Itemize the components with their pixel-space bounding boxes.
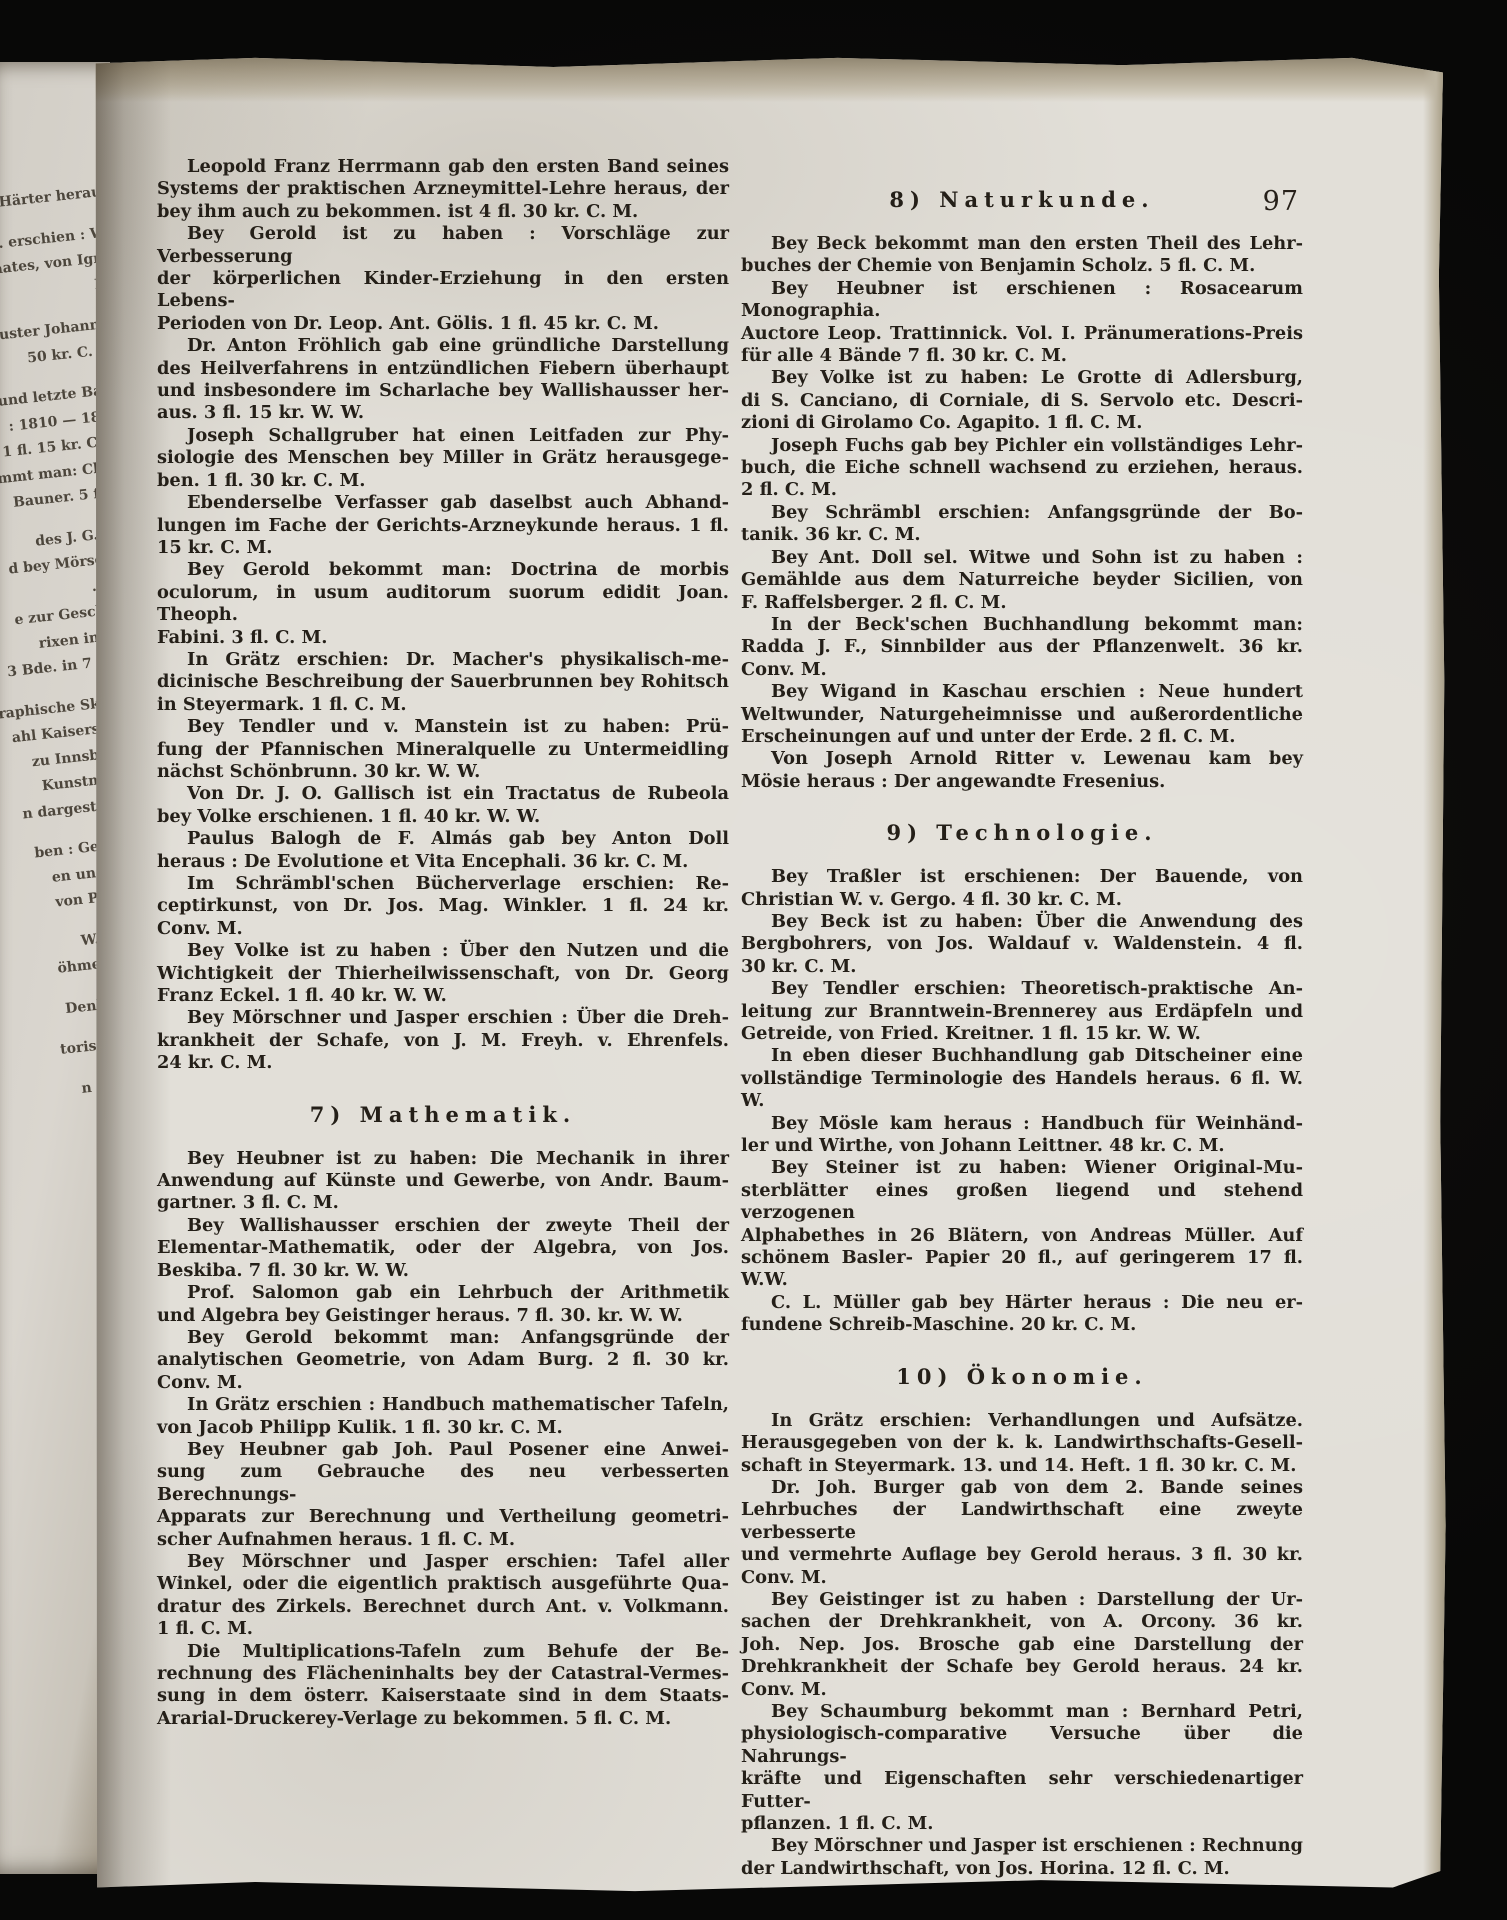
paragraph: Bey Schrämbl erschien: Anfangsgründe der…: [741, 502, 1303, 547]
paragraph: Bey Gerold bekommt man: Doctrina de morb…: [157, 559, 729, 649]
text-line: Fabini. 3 fl. C. M.: [157, 627, 729, 649]
paragraph: Im Schrämbl'schen Bücherverlage erschien…: [157, 873, 729, 940]
text-line: sachen der Drehkrankheit, von A. Orcony.…: [741, 1611, 1303, 1633]
text-line: krankheit der Schafe, von J. M. Freyh. v…: [157, 1030, 729, 1052]
text-line: bey Volke erschienen. 1 fl. 40 kr. W. W.: [157, 806, 729, 828]
text-line: kräfte und Eigenschaften sehr verschiede…: [741, 1768, 1303, 1813]
section-heading: 7) Mathematik.: [157, 1102, 729, 1127]
paragraph: In Grätz erschien : Handbuch mathematisc…: [157, 1394, 729, 1439]
left-column-blocks: Leopold Franz Herrmann gab den ersten Ba…: [157, 156, 729, 1730]
text-line: und Algebra bey Geistinger heraus. 7 fl.…: [157, 1305, 729, 1327]
text-line: Joh. Nep. Jos. Brosche gab eine Darstell…: [741, 1634, 1303, 1656]
paragraph: Bey Tendler erschien: Theoretisch-prakti…: [741, 978, 1303, 1045]
text-line: Bey Schaumburg bekommt man : Bernhard Pe…: [741, 1701, 1303, 1723]
text-line: In der Beck'schen Buchhandlung bekommt m…: [741, 614, 1303, 636]
text-line: Joseph Fuchs gab bey Pichler ein vollstä…: [741, 435, 1303, 457]
text-line: fundene Schreib-Maschine. 20 kr. C. M.: [741, 1314, 1303, 1336]
text-line: schönem Basler- Papier 20 fl., auf gerin…: [741, 1247, 1303, 1292]
text-line: vollständige Terminologie des Handels he…: [741, 1068, 1303, 1113]
paragraph: Joseph Fuchs gab bey Pichler ein vollstä…: [741, 435, 1303, 502]
text-line: Elementar-Mathematik, oder der Algebra, …: [157, 1237, 729, 1259]
text-line: Ararial-Druckerey-Verlage zu bekommen. 5…: [157, 1708, 729, 1730]
text-line: Anwendung auf Künste und Gewerbe, von An…: [157, 1170, 729, 1192]
text-line: Ebenderselbe Verfasser gab daselbst auch…: [157, 492, 729, 514]
paragraph: Bey Beck ist zu haben: Über die Anwendun…: [741, 911, 1303, 978]
page-top-deckle-edge: [93, 56, 1447, 102]
text-line: In Grätz erschien: Verhandlungen und Auf…: [741, 1410, 1303, 1432]
paragraph: Bey Wigand in Kaschau erschien : Neue hu…: [741, 681, 1303, 748]
text-block: Leopold Franz Herrmann gab den ersten Ba…: [157, 156, 1303, 1907]
paragraph: Ebenderselbe Verfasser gab daselbst auch…: [157, 492, 729, 559]
text-line: Bey Gerold ist zu haben : Vorschläge zur…: [157, 223, 729, 268]
text-line: Conv. M.: [741, 659, 1303, 681]
text-line: Bey Gerold bekommt man: Doctrina de morb…: [157, 559, 729, 581]
text-line: für alle 4 Bände 7 fl. 30 kr. C. M.: [741, 345, 1303, 367]
text-line: Conv. M.: [157, 1372, 729, 1394]
text-line: In Grätz erschien: Dr. Macher's physikal…: [157, 649, 729, 671]
paragraph: Prof. Salomon gab ein Lehrbuch der Arith…: [157, 1282, 729, 1327]
paragraph: In eben dieser Buchhandlung gab Ditschei…: [741, 1045, 1303, 1112]
text-line: buch, die Eiche schnell wachsend zu erzi…: [741, 457, 1303, 479]
signature-mark: 13: [741, 1883, 1303, 1907]
text-line: schaft in Steyermark. 13. und 14. Heft. …: [741, 1455, 1303, 1477]
photograph-background: { "page": { "number": "97", "signature":…: [0, 0, 1507, 1920]
text-line: Bey Volke ist zu haben: Le Grotte di Adl…: [741, 367, 1303, 389]
text-line: Die Multiplications-Tafeln zum Behufe de…: [157, 1641, 729, 1663]
right-column: 8) Naturkunde.Bey Beck bekommt man den e…: [741, 156, 1303, 1907]
right-column-blocks: 8) Naturkunde.Bey Beck bekommt man den e…: [741, 187, 1303, 1880]
text-line: Lehrbuches der Landwirthschaft eine zwey…: [741, 1499, 1303, 1544]
text-line: Von Joseph Arnold Ritter v. Lewenau kam …: [741, 748, 1303, 770]
paragraph: C. L. Müller gab bey Härter heraus : Die…: [741, 1292, 1303, 1337]
paragraph: Bey Geistinger ist zu haben : Darstellun…: [741, 1589, 1303, 1701]
text-line: Getreide, von Fried. Kreitner. 1 fl. 15 …: [741, 1023, 1303, 1045]
section-heading: 8) Naturkunde.: [741, 187, 1303, 212]
text-line: 1 fl. C. M.: [157, 1618, 729, 1640]
text-line: sung zum Gebrauche des neu verbesserten …: [157, 1461, 729, 1506]
text-line: Erscheinungen auf und unter der Erde. 2 …: [741, 726, 1303, 748]
paragraph: Von Joseph Arnold Ritter v. Lewenau kam …: [741, 748, 1303, 793]
paragraph: Bey Tendler und v. Manstein ist zu haben…: [157, 716, 729, 783]
text-line: Weltwunder, Naturgeheimnisse und außeror…: [741, 704, 1303, 726]
text-line: In eben dieser Buchhandlung gab Ditschei…: [741, 1045, 1303, 1067]
text-line: Bey Ant. Doll sel. Witwe und Sohn ist zu…: [741, 547, 1303, 569]
text-line: nächst Schönbrunn. 30 kr. W. W.: [157, 761, 729, 783]
text-line: von Jacob Philipp Kulik. 1 fl. 30 kr. C.…: [157, 1417, 729, 1439]
text-line: Bey Schrämbl erschien: Anfangsgründe der…: [741, 502, 1303, 524]
text-line: Bey Traßler ist erschienen: Der Bauende,…: [741, 866, 1303, 888]
text-line: Bey Heubner ist erschienen : Rosacearum …: [741, 278, 1303, 323]
text-line: Alphabethes in 26 Blätern, von Andreas M…: [741, 1225, 1303, 1247]
text-line: Conv. M.: [157, 918, 729, 940]
text-line: C. L. Müller gab bey Härter heraus : Die…: [741, 1292, 1303, 1314]
text-line: Bey Tendler erschien: Theoretisch-prakti…: [741, 978, 1303, 1000]
text-line: Bey Heubner ist zu haben: Die Mechanik i…: [157, 1148, 729, 1170]
text-line: Bey Volke ist zu haben : Über den Nutzen…: [157, 940, 729, 962]
text-line: in Steyermark. 1 fl. C. M.: [157, 694, 729, 716]
text-line: Conv. M.: [741, 1567, 1303, 1589]
text-line: 15 kr. C. M.: [157, 537, 729, 559]
text-line: Mösie heraus : Der angewandte Fresenius.: [741, 771, 1303, 793]
paragraph: Dr. Anton Fröhlich gab eine gründliche D…: [157, 335, 729, 425]
text-line: Bergbohrers, von Jos. Waldauf v. Waldens…: [741, 933, 1303, 955]
text-line: buches der Chemie von Benjamin Scholz. 5…: [741, 255, 1303, 277]
text-line: Herausgegeben von der k. k. Landwirthsch…: [741, 1432, 1303, 1454]
paragraph: Bey Mörschner und Jasper ist erschienen …: [741, 1835, 1303, 1880]
paragraph: Bey Steiner ist zu haben: Wiener Origina…: [741, 1157, 1303, 1291]
text-line: Joseph Schallgruber hat einen Leitfaden …: [157, 425, 729, 447]
text-line: Wichtigkeit der Thierheilwissenschaft, v…: [157, 963, 729, 985]
text-line: F. Raffelsberger. 2 fl. C. M.: [741, 592, 1303, 614]
paragraph: Bey Volke ist zu haben : Über den Nutzen…: [157, 940, 729, 1007]
text-line: dicinische Beschreibung der Sauerbrunnen…: [157, 671, 729, 693]
text-line: Dr. Anton Fröhlich gab eine gründliche D…: [157, 335, 729, 357]
paragraph: Von Dr. J. O. Gallisch ist ein Tractatus…: [157, 783, 729, 828]
text-line: Im Schrämbl'schen Bücherverlage erschien…: [157, 873, 729, 895]
text-line: bey ihm auch zu bekommen. ist 4 fl. 30 k…: [157, 201, 729, 223]
paragraph: Joseph Schallgruber hat einen Leitfaden …: [157, 425, 729, 492]
text-line: gartner. 3 fl. C. M.: [157, 1192, 729, 1214]
text-line: Bey Wallishausser erschien der zweyte Th…: [157, 1215, 729, 1237]
text-line: Bey Wigand in Kaschau erschien : Neue hu…: [741, 681, 1303, 703]
paragraph: Dr. Joh. Burger gab von dem 2. Bande sei…: [741, 1477, 1303, 1589]
text-line: fung der Pfannischen Mineralquelle zu Un…: [157, 739, 729, 761]
text-line: Conv. M.: [741, 1679, 1303, 1701]
text-line: Apparats zur Berechnung und Vertheilung …: [157, 1506, 729, 1528]
text-line: leitung zur Branntwein-Brennerey aus Erd…: [741, 1001, 1303, 1023]
paragraph: Bey Mörschner und Jasper erschien: Tafel…: [157, 1551, 729, 1641]
paragraph: Bey Wallishausser erschien der zweyte Th…: [157, 1215, 729, 1282]
text-line: Von Dr. J. O. Gallisch ist ein Tractatus…: [157, 783, 729, 805]
paragraph: Bey Heubner gab Joh. Paul Posener eine A…: [157, 1439, 729, 1551]
text-line: Franz Eckel. 1 fl. 40 kr. W. W.: [157, 985, 729, 1007]
text-line: sterblätter eines großen liegend und ste…: [741, 1180, 1303, 1225]
text-line: oculorum, in usum auditorum suorum edidi…: [157, 582, 729, 627]
paragraph: Bey Gerold ist zu haben : Vorschläge zur…: [157, 223, 729, 335]
text-line: der Landwirthschaft, von Jos. Horina. 12…: [741, 1858, 1303, 1880]
paragraph: Bey Beck bekommt man den ersten Theil de…: [741, 233, 1303, 278]
text-line: aus. 3 fl. 15 kr. W. W.: [157, 402, 729, 424]
section-heading: 10) Ökonomie.: [741, 1364, 1303, 1389]
text-line: analytischen Geometrie, von Adam Burg. 2…: [157, 1349, 729, 1371]
text-line: Radda J. F., Sinnbilder aus der Pflanzen…: [741, 636, 1303, 658]
text-line: Winkel, oder die eigentlich praktisch au…: [157, 1573, 729, 1595]
paragraph: In Grätz erschien: Verhandlungen und Auf…: [741, 1410, 1303, 1477]
text-line: 2 fl. C. M.: [741, 479, 1303, 501]
text-line: Dr. Joh. Burger gab von dem 2. Bande sei…: [741, 1477, 1303, 1499]
paragraph: Bey Heubner ist erschienen : Rosacearum …: [741, 278, 1303, 368]
page-fore-edge: [1423, 56, 1447, 1893]
left-column: Leopold Franz Herrmann gab den ersten Ba…: [157, 156, 729, 1907]
text-line: Bey Gerold bekommt man: Anfangsgründe de…: [157, 1327, 729, 1349]
text-line: lungen im Fache der Gerichts-Arzneykunde…: [157, 515, 729, 537]
paragraph: Bey Volke ist zu haben: Le Grotte di Adl…: [741, 367, 1303, 434]
text-line: ben. 1 fl. 30 kr. C. M.: [157, 470, 729, 492]
text-line: Bey Tendler und v. Manstein ist zu haben…: [157, 716, 729, 738]
paragraph: Die Multiplications-Tafeln zum Behufe de…: [157, 1641, 729, 1731]
text-line: rechnung des Flächeninhalts bey der Cata…: [157, 1663, 729, 1685]
previous-page-edge: ranz Härter heraump. erschien : Wtaates,…: [0, 62, 110, 1874]
paragraph: In Grätz erschien: Dr. Macher's physikal…: [157, 649, 729, 716]
text-line: pflanzen. 1 fl. C. M.: [741, 1813, 1303, 1835]
text-line: Perioden von Dr. Leop. Ant. Gölis. 1 fl.…: [157, 313, 729, 335]
text-line: dratur des Zirkels. Berechnet durch Ant.…: [157, 1596, 729, 1618]
text-line: In Grätz erschien : Handbuch mathematisc…: [157, 1394, 729, 1416]
text-line: ceptirkunst, von Dr. Jos. Mag. Winkler. …: [157, 895, 729, 917]
paragraph: Bey Schaumburg bekommt man : Bernhard Pe…: [741, 1701, 1303, 1835]
text-line: scher Aufnahmen heraus. 1 fl. C. M.: [157, 1529, 729, 1551]
text-line: Bey Beck bekommt man den ersten Theil de…: [741, 233, 1303, 255]
paragraph: Bey Mörschner und Jasper erschien : Über…: [157, 1007, 729, 1074]
text-line: Bey Mörschner und Jasper ist erschienen …: [741, 1835, 1303, 1857]
text-line: und insbesondere im Scharlache bey Walli…: [157, 380, 729, 402]
text-line: Bey Mörschner und Jasper erschien: Tafel…: [157, 1551, 729, 1573]
text-line: 24 kr. C. M.: [157, 1052, 729, 1074]
text-line: Bey Heubner gab Joh. Paul Posener eine A…: [157, 1439, 729, 1461]
text-line: heraus : De Evolutione et Vita Encephali…: [157, 851, 729, 873]
text-line: Auctore Leop. Trattinnick. Vol. I. Pränu…: [741, 323, 1303, 345]
text-line: Beskiba. 7 fl. 30 kr. W. W.: [157, 1260, 729, 1282]
text-line: 30 kr. C. M.: [741, 956, 1303, 978]
text-line: Leopold Franz Herrmann gab den ersten Ba…: [157, 156, 729, 178]
text-line: Drehkrankheit der Schafe bey Gerold hera…: [741, 1656, 1303, 1678]
paragraph: Paulus Balogh de F. Almás gab bey Anton …: [157, 828, 729, 873]
text-line: Systems der praktischen Arzneymittel-Leh…: [157, 178, 729, 200]
text-line: der körperlichen Kinder-Erziehung in den…: [157, 268, 729, 313]
paragraph: Bey Heubner ist zu haben: Die Mechanik i…: [157, 1148, 729, 1215]
text-line: Paulus Balogh de F. Almás gab bey Anton …: [157, 828, 729, 850]
text-line: Christian W. v. Gergo. 4 fl. 30 kr. C. M…: [741, 889, 1303, 911]
paragraph: Bey Gerold bekommt man: Anfangsgründe de…: [157, 1327, 729, 1394]
text-line: Gemählde aus dem Naturreiche beyder Sici…: [741, 569, 1303, 591]
paragraph: In der Beck'schen Buchhandlung bekommt m…: [741, 614, 1303, 681]
paragraph: Bey Mösle kam heraus : Handbuch für Wein…: [741, 1113, 1303, 1158]
section-heading: 9) Technologie.: [741, 820, 1303, 845]
text-line: Bey Beck ist zu haben: Über die Anwendun…: [741, 911, 1303, 933]
text-line: Bey Mösle kam heraus : Handbuch für Wein…: [741, 1113, 1303, 1135]
book-page: 97 Leopold Franz Herrmann gab den ersten…: [93, 56, 1447, 1893]
text-line: des Heilverfahrens in entzündlichen Fieb…: [157, 358, 729, 380]
text-line: Bey Mörschner und Jasper erschien : Über…: [157, 1007, 729, 1029]
paragraph: Bey Ant. Doll sel. Witwe und Sohn ist zu…: [741, 547, 1303, 614]
text-line: di S. Canciano, di Corniale, di S. Servo…: [741, 390, 1303, 412]
text-line: ler und Wirthe, von Johann Leittner. 48 …: [741, 1135, 1303, 1157]
paragraph: Bey Traßler ist erschienen: Der Bauende,…: [741, 866, 1303, 911]
text-line: Bey Geistinger ist zu haben : Darstellun…: [741, 1589, 1303, 1611]
text-line: und vermehrte Auflage bey Gerold heraus.…: [741, 1544, 1303, 1566]
text-line: siologie des Menschen bey Miller in Grät…: [157, 447, 729, 469]
text-line: tanik. 36 kr. C. M.: [741, 524, 1303, 546]
text-line: Prof. Salomon gab ein Lehrbuch der Arith…: [157, 1282, 729, 1304]
text-line: physiologisch-comparative Versuche über …: [741, 1723, 1303, 1768]
text-line: zioni di Girolamo Co. Agapito. 1 fl. C. …: [741, 412, 1303, 434]
text-line: Bey Steiner ist zu haben: Wiener Origina…: [741, 1157, 1303, 1179]
paragraph: Leopold Franz Herrmann gab den ersten Ba…: [157, 156, 729, 223]
text-line: sung in dem österr. Kaiserstaate sind in…: [157, 1685, 729, 1707]
